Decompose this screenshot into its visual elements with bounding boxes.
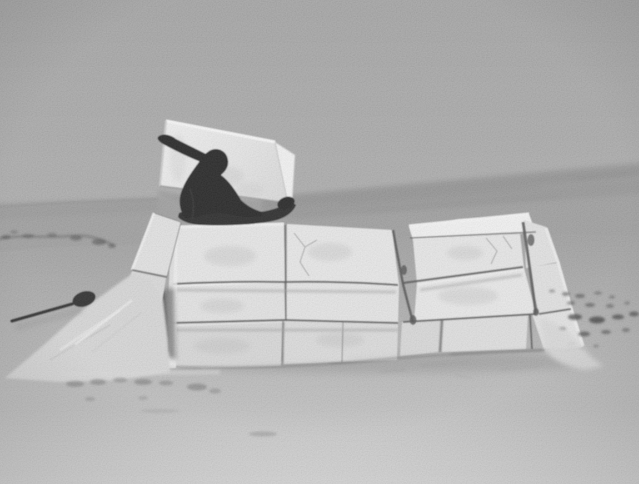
- photograph: [0, 0, 639, 484]
- vignette-overlay: [0, 0, 639, 484]
- photo-canvas: [0, 0, 639, 484]
